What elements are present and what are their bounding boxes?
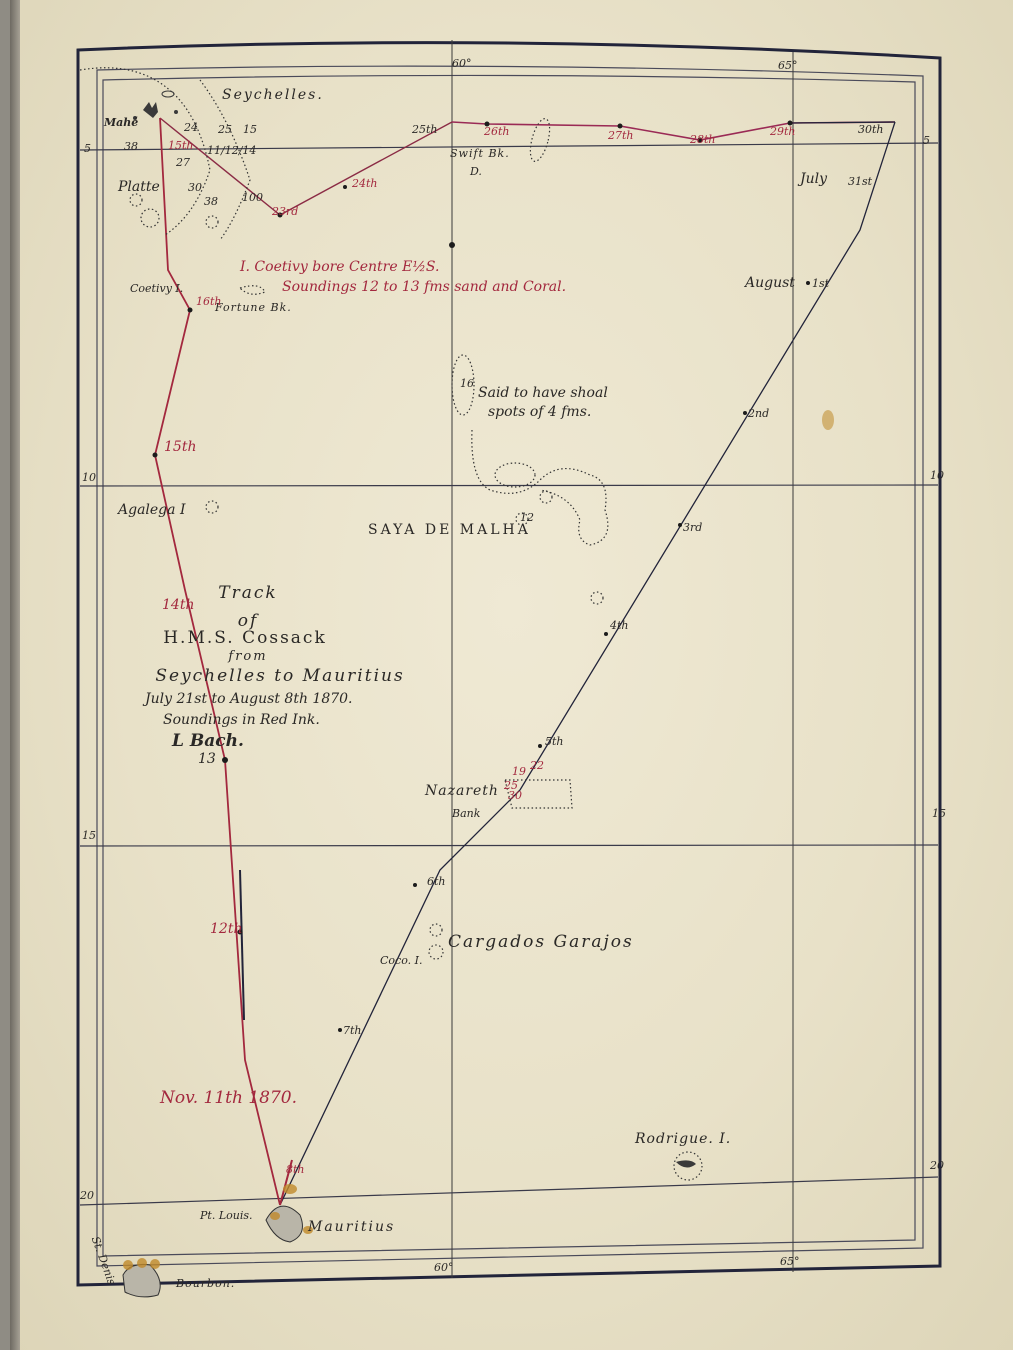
sounding: 25 (218, 124, 232, 135)
return-day-15th-b: 15th (164, 440, 196, 454)
day-28th: 28th (690, 134, 716, 145)
note-coetivy-soundings: Soundings 12 to 13 fms sand and Coral. (282, 280, 566, 294)
sounding: 15 (243, 124, 257, 135)
label-nazareth: Nazareth (425, 784, 499, 798)
title-soundings-note: Soundings in Red Ink. (163, 713, 320, 727)
reef-stain (283, 1184, 297, 1194)
sounding: 12 (520, 512, 534, 523)
day-31st: 31st (848, 176, 872, 187)
lat-label-5-right: 5 (923, 135, 930, 146)
sounding: 30 (188, 182, 202, 193)
title-signature: L Bach. (172, 733, 244, 750)
lat-label-5-left: 5 (84, 143, 91, 154)
label-port-louis: Pt. Louis. (200, 1210, 253, 1221)
label-fortune-bank: Fortune Bk. (215, 302, 292, 313)
sounding: 24 (184, 122, 198, 133)
day-aug-3rd: 3rd (683, 522, 702, 533)
sounding: 27 (176, 157, 190, 168)
reef-stain (123, 1260, 133, 1270)
mauritius-island (266, 1206, 302, 1242)
land-masses (133, 91, 178, 120)
day-24th: 24th (352, 178, 378, 189)
label-mahe: Mahé (104, 117, 138, 128)
label-swift-bank: Swift Bk. (450, 148, 510, 159)
label-cargados-garajos: Cargados Garajos (448, 934, 634, 951)
sounding: 100 (242, 192, 263, 203)
return-day-13: 13 (198, 752, 216, 766)
lat-label-20-right: 20 (930, 1160, 944, 1171)
label-agalega: Agalega I (118, 503, 185, 517)
title-from: from (198, 650, 298, 663)
water-stain (822, 410, 834, 430)
latitude-10 (80, 485, 938, 486)
label-rodrigue: Rodrigue. I. (635, 1132, 731, 1146)
title-route: Seychelles to Mauritius (130, 668, 430, 685)
sounding: 30 (508, 790, 522, 801)
day-29th: 29th (770, 126, 796, 137)
label-swift-bank-d: D. (470, 166, 482, 177)
day-23rd: 23rd (272, 206, 298, 217)
note-coetivy-bearing: I. Coetivy bore Centre E½S. (240, 260, 439, 274)
label-coetivy: Coetivy I. (130, 283, 183, 294)
sounding: 11/12/14 (207, 145, 256, 156)
lon-label-60-top: 60° (452, 58, 472, 69)
label-nazareth-bank: Bank (452, 808, 480, 819)
label-mauritius: Mauritius (308, 1220, 395, 1234)
lat-label-20-left: 20 (80, 1190, 94, 1201)
lon-label-65-top: 65° (778, 60, 798, 71)
shoal-outlines (80, 68, 702, 1180)
day-aug-7th: 7th (343, 1025, 362, 1036)
label-coco-island: Coco. I. (380, 955, 422, 966)
sounding: 38 (204, 196, 218, 207)
day-july: July (800, 172, 827, 186)
reef-stain (150, 1259, 160, 1269)
label-shoal-note-1: Said to have shoal (478, 386, 608, 400)
track-26th-to-30th (452, 122, 895, 140)
day-aug-8th: 8th (286, 1164, 305, 1175)
day-aug-5th: 5th (545, 736, 564, 747)
day-aug-4th: 4th (610, 620, 629, 631)
rodrigue-island (676, 1160, 696, 1167)
day-aug-1st: 1st (812, 278, 829, 289)
return-day-15th-a: 15th (168, 140, 194, 151)
lat-label-10-left: 10 (82, 472, 96, 483)
day-30th: 30th (858, 124, 884, 135)
title-track: Track (198, 585, 298, 602)
lat-label-10-right: 10 (930, 470, 944, 481)
sounding: 38 (124, 141, 138, 152)
sounding: 16 (460, 378, 474, 389)
track-position-dots (153, 121, 811, 1033)
day-25th: 25th (412, 124, 438, 135)
day-26th: 26th (484, 126, 510, 137)
latitude-20 (80, 1177, 938, 1205)
label-saya-de-malha: SAYA DE MALHA (368, 523, 531, 537)
lon-label-65-bottom: 65° (780, 1256, 800, 1267)
title-dates: July 21st to August 8th 1870. (145, 692, 353, 706)
return-day-12th: 12th (210, 922, 242, 936)
title-ship: H.M.S. Cossack (145, 630, 345, 647)
label-shoal-note-2: spots of 4 fms. (488, 405, 591, 419)
lat-label-15-left: 15 (82, 830, 96, 841)
label-platte: Platte (118, 180, 160, 194)
day-27th: 27th (608, 130, 634, 141)
note-return-date: Nov. 11th 1870. (160, 1090, 297, 1107)
label-bourbon: Bourbon. (176, 1278, 235, 1289)
day-aug-2nd: 2nd (748, 408, 769, 419)
reef-stain (270, 1212, 280, 1220)
sounding: 22 (530, 760, 544, 771)
day-aug-6th: 6th (427, 876, 446, 887)
latitude-15 (80, 845, 938, 846)
lat-label-15-right: 15 (932, 808, 946, 819)
sounding: 19 (512, 766, 526, 777)
day-august: August (745, 276, 795, 290)
return-day-16th: 16th (196, 296, 222, 307)
reef-stain (137, 1258, 147, 1268)
label-seychelles: Seychelles. (222, 88, 324, 102)
return-day-14th: 14th (162, 598, 194, 612)
lon-label-60-bottom: 60° (434, 1262, 454, 1273)
